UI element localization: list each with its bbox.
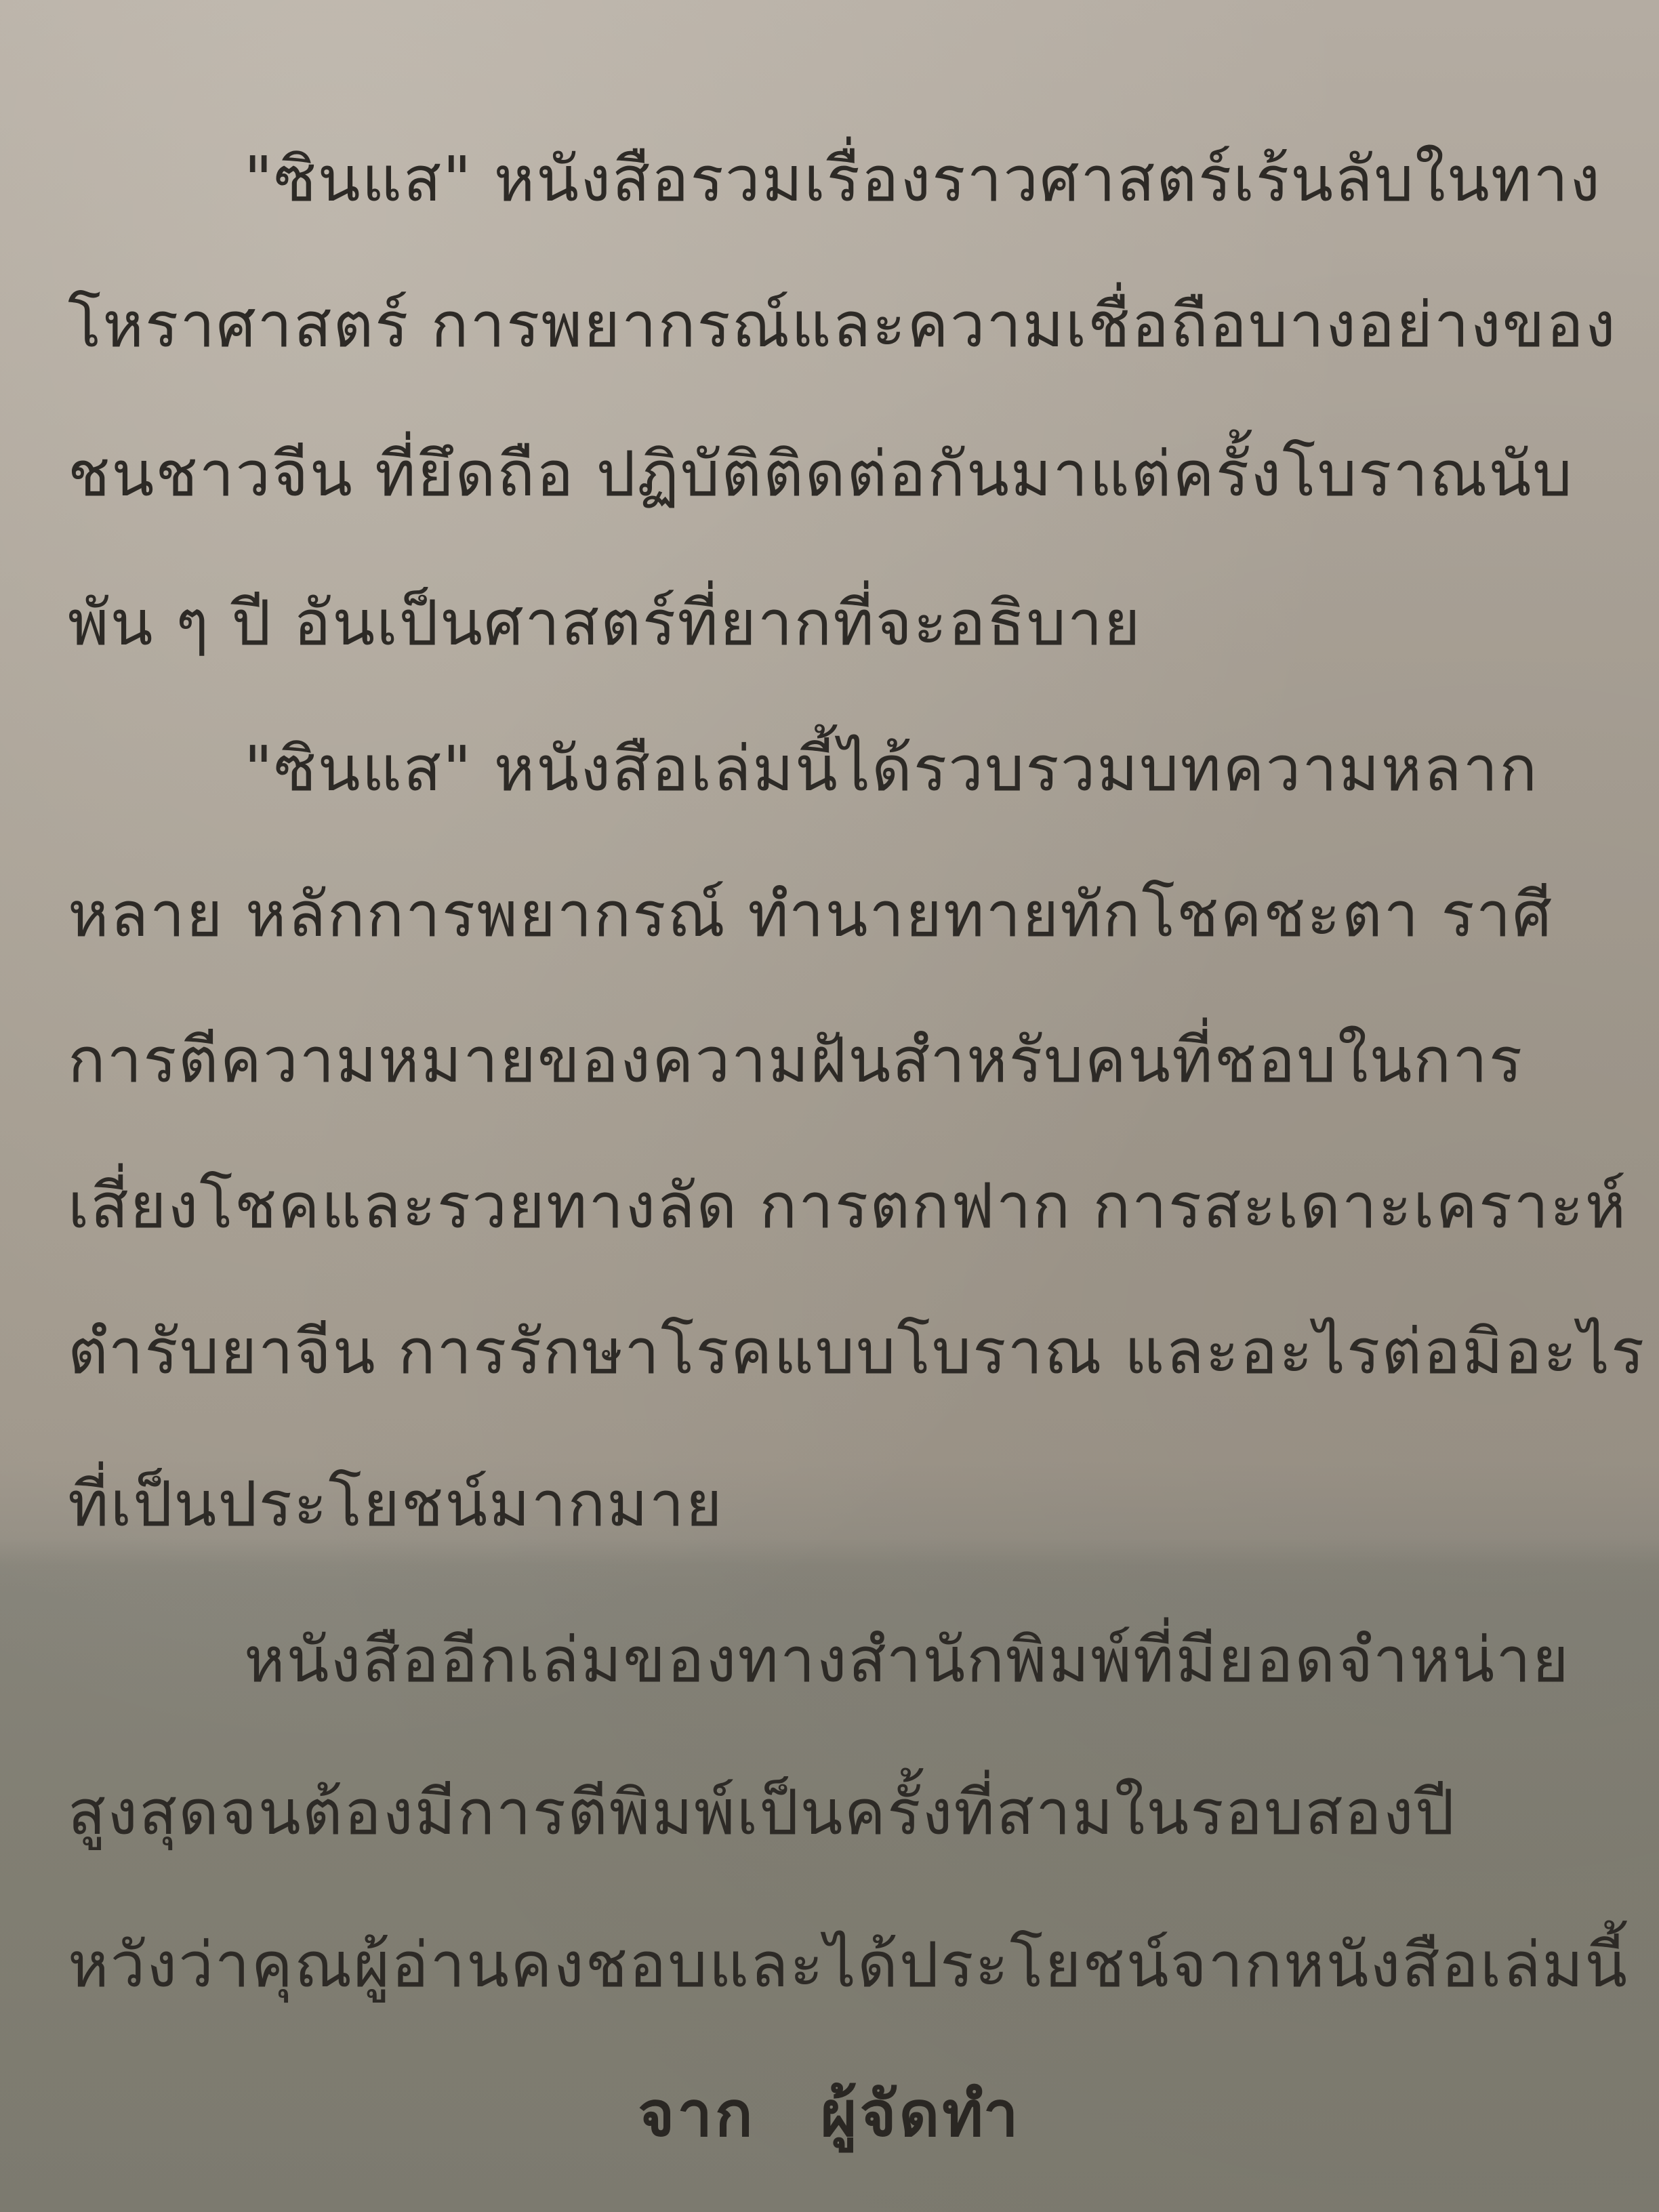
- paragraph-1-line-1: "ซินแส" หนังสือรวมเรื่องราวศาสตร์เร้นลับ…: [244, 139, 1532, 220]
- paragraph-1-line-2: โหราศาสตร์ การพยากรณ์และความเชื่อถือบางอ…: [68, 285, 1532, 366]
- signoff-from-editors: จาก ผู้จัดทำ: [0, 2074, 1659, 2155]
- paragraph-1-line-4: พัน ๆ ปี อันเป็นศาสตร์ที่ยากที่จะอธิบาย: [68, 583, 1532, 664]
- paragraph-2-line-2: หลาย หลักการพยากรณ์ ทำนายทายทักโชคชะตา ร…: [68, 874, 1532, 956]
- paragraph-2-line-6: ที่เป็นประโยชน์มากมาย: [68, 1464, 1532, 1545]
- paragraph-3-line-3: หวังว่าคุณผู้อ่านคงชอบและได้ประโยชน์จากห…: [68, 1925, 1532, 2006]
- paragraph-2-line-5: ตำรับยาจีน การรักษาโรคแบบโบราณ และอะไรต่…: [68, 1311, 1532, 1393]
- paragraph-2-line-1: "ซินแส" หนังสือเล่มนี้ได้รวบรวมบทความหลา…: [244, 729, 1532, 810]
- paragraph-2-line-4: เสี่ยงโชคและรวยทางลัด การตกฟาก การสะเดาะ…: [68, 1166, 1532, 1247]
- paragraph-1-line-3: ชนชาวจีน ที่ยึดถือ ปฏิบัติติดต่อกันมาแต่…: [68, 434, 1532, 515]
- paragraph-2-line-3: การตีความหมายของความฝันสำหรับคนที่ชอบในก…: [68, 1020, 1532, 1101]
- paragraph-3-line-1: หนังสืออีกเล่มของทางสำนักพิมพ์ที่มียอดจำ…: [244, 1620, 1532, 1701]
- paragraph-3-line-2: สูงสุดจนต้องมีการตีพิมพ์เป็นครั้งที่สามใ…: [68, 1772, 1532, 1853]
